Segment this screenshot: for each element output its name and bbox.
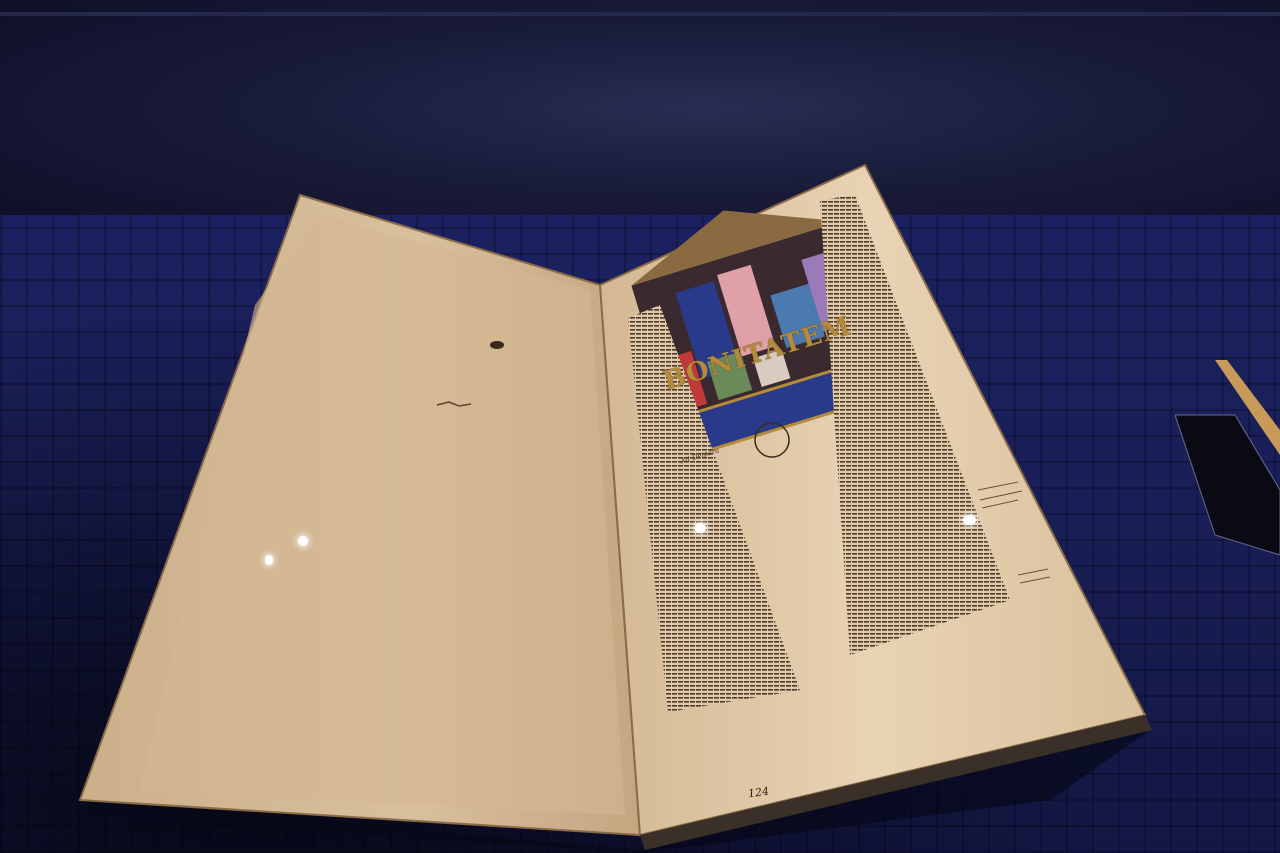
open-book [0,0,1280,853]
light-reflection [963,515,976,525]
light-reflection [694,523,706,533]
light-reflection [298,536,308,546]
ink-blot [490,341,504,349]
acrylic-display-stand [1175,360,1280,555]
light-reflection [265,555,273,565]
museum-display-scene: BONITATEM Ad Deipara 124 [0,0,1280,853]
